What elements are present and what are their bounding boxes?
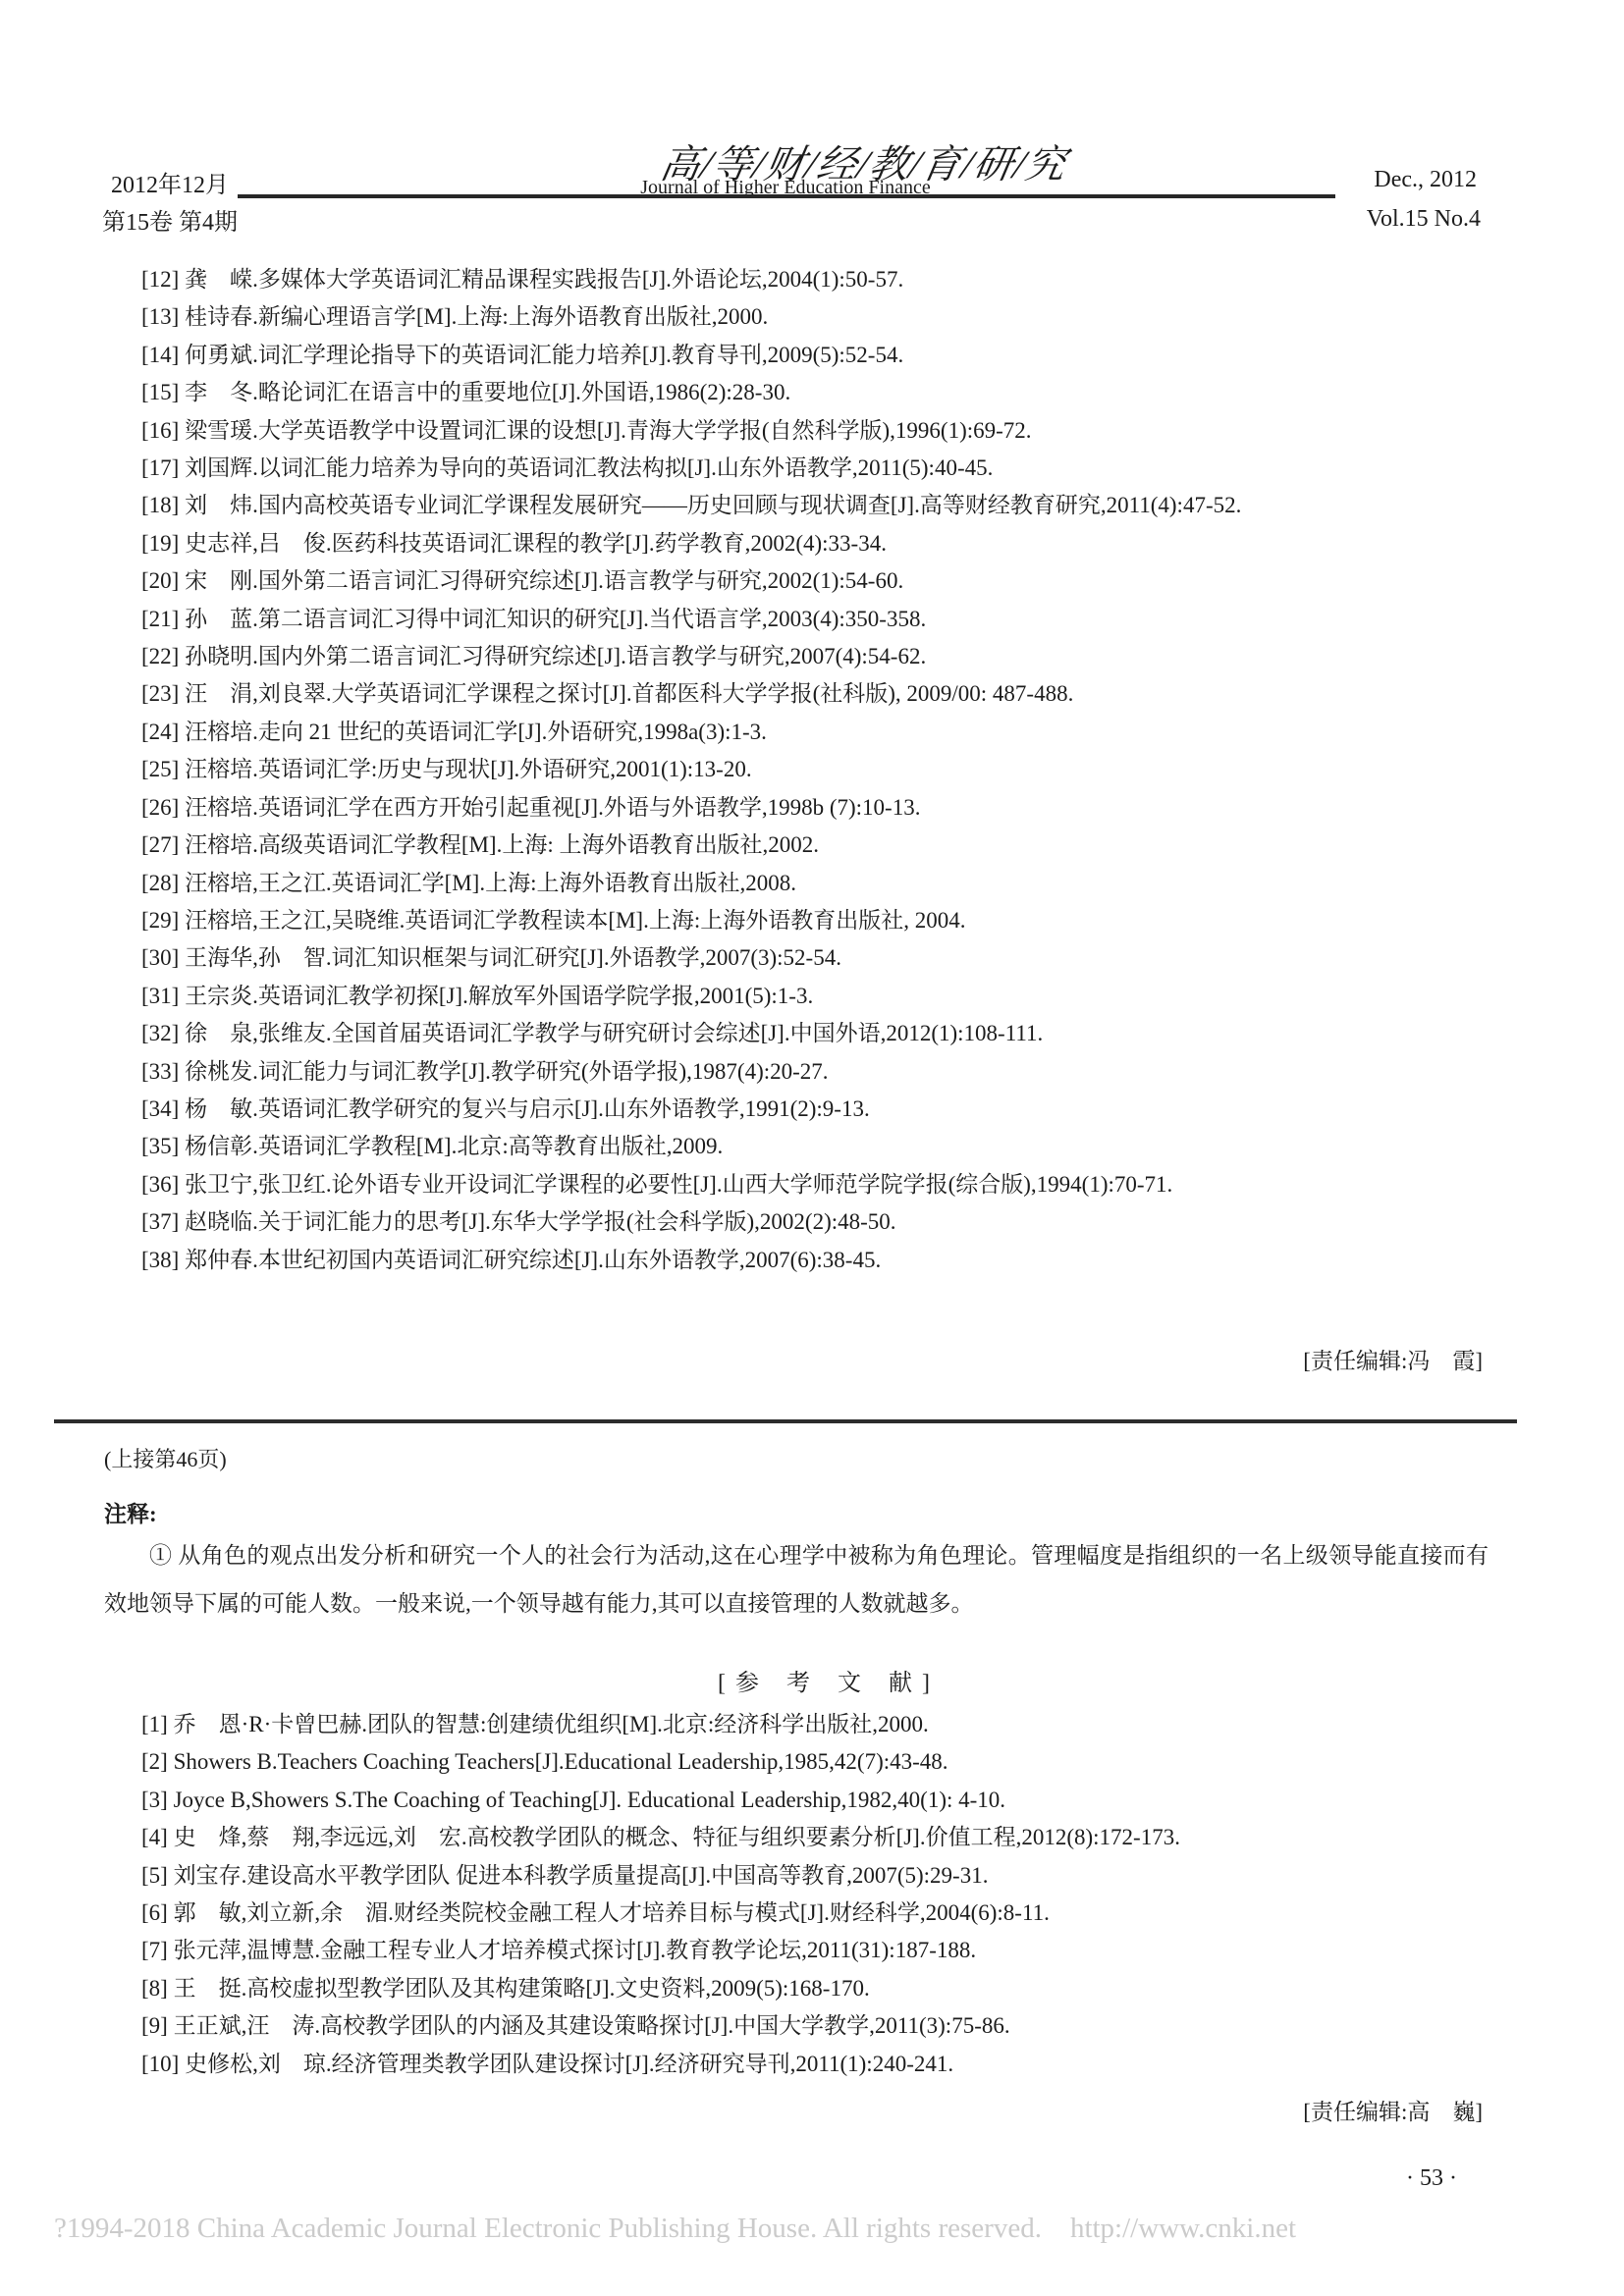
reference-item: [9] 王正斌,汪 涛.高校教学团队的内涵及其建设策略探讨[J].中国大学教学,… — [141, 2007, 1180, 2045]
reference-item: [20] 宋 刚.国外第二语言词汇习得研究综述[J].语言教学与研究,2002(… — [141, 562, 1241, 600]
issue-date-en: Dec., 2012 — [1374, 167, 1477, 193]
reference-item: [34] 杨 敏.英语词汇教学研究的复兴与启示[J].山东外语教学,1991(2… — [141, 1091, 1241, 1128]
reference-item: [8] 王 挺.高校虚拟型教学团队及其构建策略[J].文史资料,2009(5):… — [141, 1970, 1180, 2007]
notes-heading: 注释: — [104, 1496, 157, 1528]
bibliography-heading: [ 参 考 文 献 ] — [103, 1663, 1546, 1697]
reference-item: [2] Showers B.Teachers Coaching Teachers… — [141, 1743, 1180, 1781]
continuation-note: (上接第46页) — [104, 1443, 227, 1473]
issue-volume-zh: 第15卷 第4期 — [102, 202, 238, 237]
issue-date-zh: 2012年12月 — [111, 165, 229, 199]
reference-list-top: [12] 龚 嵘.多媒体大学英语词汇精品课程实践报告[J].外语论坛,2004(… — [141, 261, 1241, 1279]
reference-item: [26] 汪榕培.英语词汇学在西方开始引起重视[J].外语与外语教学,1998b… — [141, 789, 1241, 827]
reference-item: [25] 汪榕培.英语词汇学:历史与现状[J].外语研究,2001(1):13-… — [141, 751, 1241, 788]
reference-item: [7] 张元萍,温博慧.金融工程专业人才培养模式探讨[J].教育教学论坛,201… — [141, 1932, 1180, 1969]
reference-item: [18] 刘 炜.国内高校英语专业词汇学课程发展研究——历史回顾与现状调查[J]… — [141, 487, 1241, 524]
reference-item: [29] 汪榕培,王之江,吴晓维.英语词汇学教程读本[M].上海:上海外语教育出… — [141, 902, 1241, 939]
header-rule — [238, 194, 1335, 198]
reference-item: [22] 孙晓明.国内外第二语言词汇习得研究综述[J].语言教学与研究,2007… — [141, 638, 1241, 675]
reference-item: [14] 何勇斌.词汇学理论指导下的英语词汇能力培养[J].教育导刊,2009(… — [141, 337, 1241, 374]
copyright-watermark: ?1994-2018 China Academic Journal Electr… — [54, 2213, 1296, 2245]
reference-item: [32] 徐 泉,张维友.全国首届英语词汇学教学与研究研讨会综述[J].中国外语… — [141, 1015, 1241, 1052]
reference-item: [33] 徐桃发.词汇能力与词汇教学[J].教学研究(外语学报),1987(4)… — [141, 1053, 1241, 1091]
reference-item: [5] 刘宝存.建设高水平教学团队 促进本科教学质量提高[J].中国高等教育,2… — [141, 1857, 1180, 1895]
journal-page: 高/等/财/经/教/育/研/究 Journal of Higher Educat… — [0, 0, 1624, 2296]
reference-item: [37] 赵晓临.关于词汇能力的思考[J].东华大学学报(社会科学版),2002… — [141, 1203, 1241, 1241]
reference-item: [35] 杨信彰.英语词汇学教程[M].北京:高等教育出版社,2009. — [141, 1128, 1241, 1165]
reference-item: [16] 梁雪瑗.大学英语教学中设置词汇课的设想[J].青海大学学报(自然科学版… — [141, 412, 1241, 450]
reference-item: [28] 汪榕培,王之江.英语词汇学[M].上海:上海外语教育出版社,2008. — [141, 865, 1241, 902]
reference-item: [6] 郭 敏,刘立新,余 湄.财经类院校金融工程人才培养目标与模式[J].财经… — [141, 1895, 1180, 1932]
editor-note: [责任编辑:高 巍] — [1303, 2094, 1483, 2126]
reference-item: [10] 史修松,刘 琼.经济管理类教学团队建设探讨[J].经济研究导刊,201… — [141, 2046, 1180, 2083]
reference-item: [13] 桂诗春.新编心理语言学[M].上海:上海外语教育出版社,2000. — [141, 298, 1241, 336]
reference-item: [15] 李 冬.略论词汇在语言中的重要地位[J].外国语,1986(2):28… — [141, 374, 1241, 411]
reference-item: [3] Joyce B,Showers S.The Coaching of Te… — [141, 1782, 1180, 1819]
reference-list-bottom: [1] 乔 恩·R·卡曾巴赫.团队的智慧:创建绩优组织[M].北京:经济科学出版… — [141, 1706, 1180, 2083]
reference-item: [24] 汪榕培.走向 21 世纪的英语词汇学[J].外语研究,1998a(3)… — [141, 714, 1241, 751]
reference-item: [38] 郑仲春.本世纪初国内英语词汇研究综述[J].山东外语教学,2007(6… — [141, 1242, 1241, 1279]
editor-note: [责任编辑:冯 霞] — [1303, 1343, 1483, 1375]
reference-item: [1] 乔 恩·R·卡曾巴赫.团队的智慧:创建绩优组织[M].北京:经济科学出版… — [141, 1706, 1180, 1743]
reference-item: [19] 史志祥,吕 俊.医药科技英语词汇课程的教学[J].药学教育,2002(… — [141, 525, 1241, 562]
reference-item: [4] 史 烽,蔡 翔,李远远,刘 宏.高校教学团队的概念、特征与组织要素分析[… — [141, 1819, 1180, 1856]
reference-item: [23] 汪 涓,刘良翠.大学英语词汇学课程之探讨[J].首都医科大学学报(社科… — [141, 675, 1241, 713]
page-number: · 53 · — [1406, 2165, 1457, 2192]
reference-item: [36] 张卫宁,张卫红.论外语专业开设词汇学课程的必要性[J].山西大学师范学… — [141, 1166, 1241, 1203]
section-divider — [54, 1419, 1517, 1423]
note-text: ① 从角色的观点出发分析和研究一个人的社会行为活动,这在心理学中被称为角色理论。… — [104, 1531, 1489, 1628]
reference-item: [12] 龚 嵘.多媒体大学英语词汇精品课程实践报告[J].外语论坛,2004(… — [141, 261, 1241, 298]
reference-item: [17] 刘国辉.以词汇能力培养为导向的英语词汇教法构拟[J].山东外语教学,2… — [141, 450, 1241, 487]
issue-volume-en: Vol.15 No.4 — [1367, 206, 1481, 233]
reference-item: [30] 王海华,孙 智.词汇知识框架与词汇研究[J].外语教学,2007(3)… — [141, 939, 1241, 977]
reference-item: [21] 孙 蓝.第二语言词汇习得中词汇知识的研究[J].当代语言学,2003(… — [141, 601, 1241, 638]
reference-item: [27] 汪榕培.高级英语词汇学教程[M].上海: 上海外语教育出版社,2002… — [141, 827, 1241, 864]
reference-item: [31] 王宗炎.英语词汇教学初探[J].解放军外国语学院学报,2001(5):… — [141, 978, 1241, 1015]
